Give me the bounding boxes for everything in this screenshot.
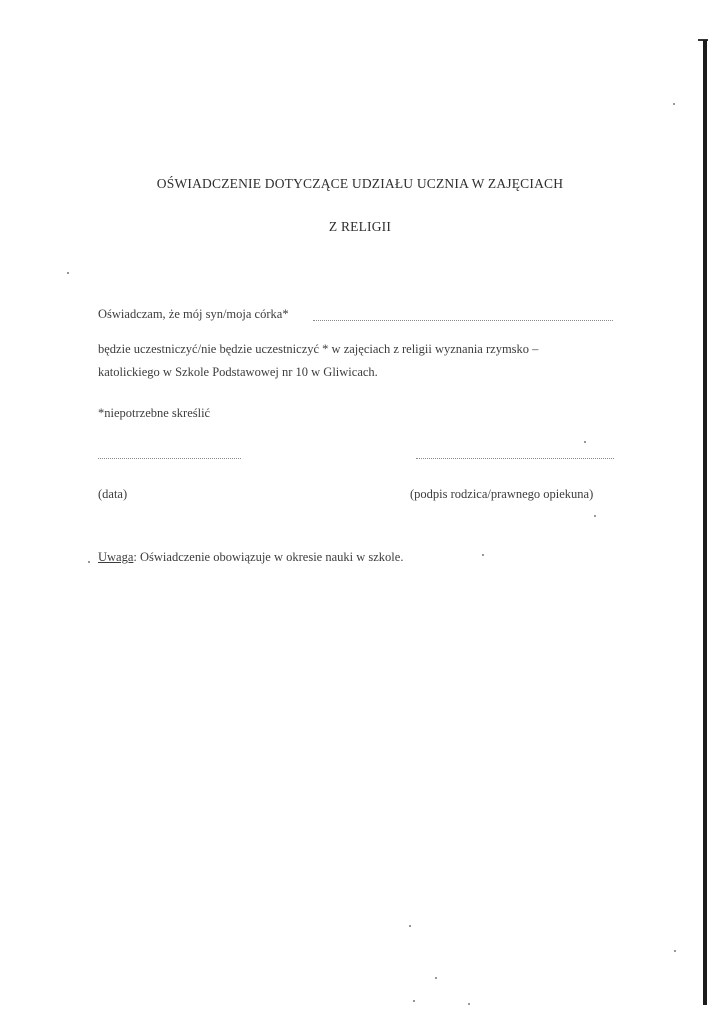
- scan-speck: [594, 515, 596, 517]
- scan-edge-bar: [703, 40, 707, 1005]
- signature-label: (podpis rodzica/prawnego opiekuna): [410, 487, 593, 502]
- document-title: OŚWIADCZENIE DOTYCZĄCE UDZIAŁU UCZNIA W …: [110, 176, 610, 192]
- child-name-fill-line[interactable]: [313, 312, 613, 321]
- scan-speck: [67, 272, 69, 274]
- document-subtitle: Z RELIGII: [110, 219, 610, 235]
- signature-fill-line[interactable]: [416, 452, 614, 459]
- note-text: : Oświadczenie obowiązuje w okresie nauk…: [133, 550, 403, 564]
- scan-speck: [584, 441, 586, 443]
- scan-speck: [88, 561, 90, 563]
- body-line-2: katolickiego w Szkole Podstawowej nr 10 …: [98, 365, 378, 380]
- scan-speck: [673, 103, 675, 105]
- scan-speck: [435, 977, 437, 979]
- scan-speck: [409, 925, 411, 927]
- scanned-document-page: OŚWIADCZENIE DOTYCZĄCE UDZIAŁU UCZNIA W …: [0, 0, 724, 1024]
- body-line-1: będzie uczestniczyć/nie będzie uczestnic…: [98, 342, 538, 357]
- scan-speck: [413, 1000, 415, 1002]
- statement-prefix: Oświadczam, że mój syn/moja córka*: [98, 307, 289, 321]
- statement-line: Oświadczam, że mój syn/moja córka*: [98, 307, 289, 322]
- note: Uwaga: Oświadczenie obowiązuje w okresie…: [98, 550, 403, 565]
- date-label: (data): [98, 487, 127, 502]
- date-fill-line[interactable]: [98, 452, 241, 459]
- scan-speck: [674, 950, 676, 952]
- scan-speck: [468, 1003, 470, 1005]
- scan-speck: [482, 554, 484, 556]
- note-label: Uwaga: [98, 550, 133, 564]
- footnote: *niepotrzebne skreślić: [98, 406, 210, 421]
